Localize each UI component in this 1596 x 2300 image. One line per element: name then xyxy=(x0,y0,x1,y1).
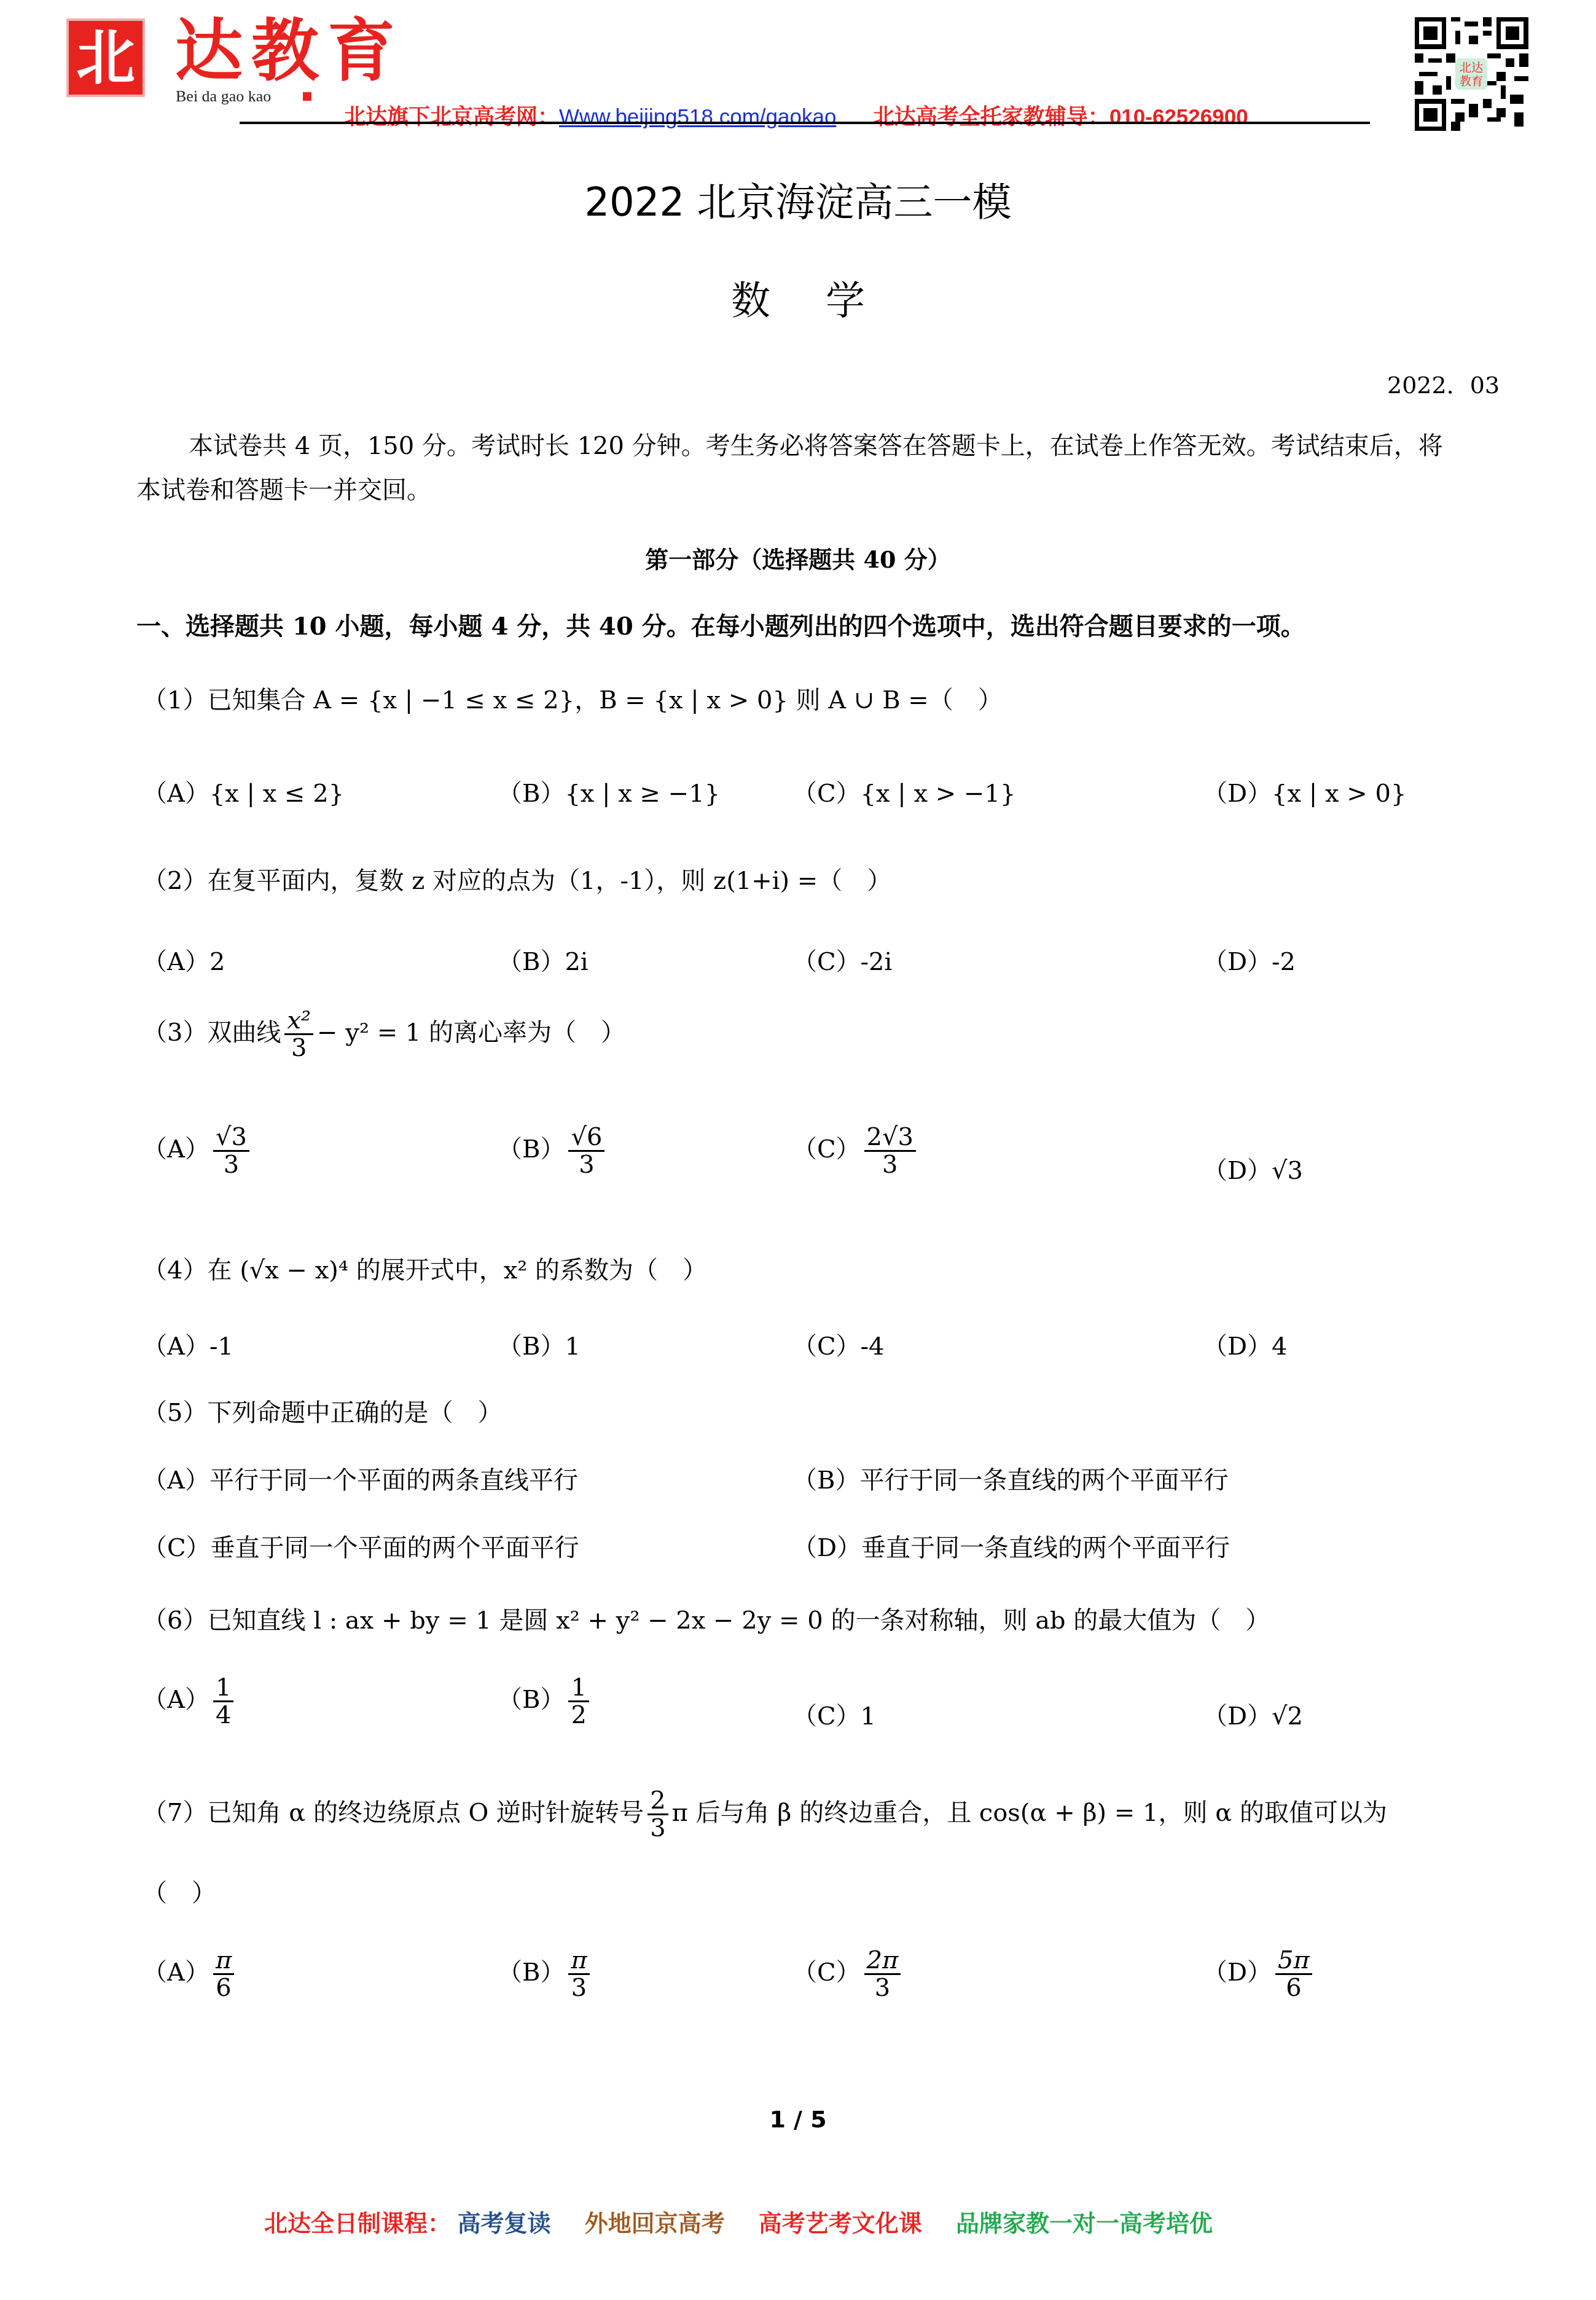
numerator: 2√3 xyxy=(864,1124,916,1152)
q4-option-c[interactable]: （C）-4 xyxy=(792,1327,885,1362)
fraction: π3 xyxy=(568,1947,589,2001)
question-number: （3） xyxy=(143,1019,207,1047)
option-value: 1 xyxy=(861,1702,876,1731)
fraction: x²3 xyxy=(284,1007,313,1061)
option-label: （D） xyxy=(1203,1157,1272,1185)
question-stem: 已知集合 A = {x | −1 ≤ x ≤ 2}，B = {x | x > 0… xyxy=(207,686,1002,714)
option-label: （B） xyxy=(498,1686,565,1714)
question-stem: − y² = 1 的离心率为（ ） xyxy=(317,1019,625,1047)
q5-option-d[interactable]: （D）垂直于同一条直线的两个平面平行 xyxy=(792,1528,1230,1563)
q7-option-d[interactable]: （D）5π6 xyxy=(1203,1947,1316,2001)
denominator: 3 xyxy=(872,1975,893,2001)
denominator: 6 xyxy=(213,1975,233,2001)
question-3: （3）双曲线x²3− y² = 1 的离心率为（ ） xyxy=(143,1007,625,1061)
question-1: （1）已知集合 A = {x | −1 ≤ x ≤ 2}，B = {x | x … xyxy=(143,681,1003,716)
logo-subtitle: Bei da gao kao xyxy=(176,87,271,106)
header-promo-line: 北达旗下北京高考网：Www.beijing518.com/gaokao 北达高考… xyxy=(344,100,1248,131)
q2-option-b[interactable]: （B）2i xyxy=(498,942,589,977)
q3-option-b[interactable]: （B）√63 xyxy=(498,1124,608,1178)
q3-option-c[interactable]: （C）2√33 xyxy=(792,1124,920,1178)
question-number: （2） xyxy=(143,867,207,895)
question-number: （4） xyxy=(143,1256,207,1285)
q1-option-a[interactable]: （A）{x | x ≤ 2} xyxy=(143,774,344,809)
footer-item-return-beijing[interactable]: 外地回京高考 xyxy=(585,2211,725,2237)
q7-option-b[interactable]: （B）π3 xyxy=(498,1947,593,2001)
fraction: √63 xyxy=(568,1124,604,1178)
q4-option-d[interactable]: （D）4 xyxy=(1203,1327,1288,1362)
part-title: 第一部分（选择题共 40 分） xyxy=(0,541,1596,574)
q1-option-c[interactable]: （C）{x | x > −1} xyxy=(792,774,1015,809)
question-stem: 双曲线 xyxy=(207,1019,281,1047)
question-6: （6）已知直线 l : ax + by = 1 是圆 x² + y² − 2x … xyxy=(143,1601,1270,1636)
q2-option-c[interactable]: （C）-2i xyxy=(792,942,892,977)
page-number: 1 / 5 xyxy=(0,2106,1596,2133)
logo-seal-char: 北 xyxy=(76,28,135,87)
q3-option-a[interactable]: （A）√33 xyxy=(143,1124,253,1178)
q3-option-d[interactable]: （D）√3 xyxy=(1203,1151,1303,1186)
option-label: （A） xyxy=(143,1686,209,1714)
footer-promo: 北达全日制课程： 高考复读 外地回京高考 高考艺考文化课 品牌家教一对一高考培优 xyxy=(264,2204,1213,2238)
qr-code-icon: 北达 教育 xyxy=(1413,17,1530,131)
question-stem: π 后与角 β 的终边重合，且 cos(α + β) = 1，则 α 的取值可以… xyxy=(672,1799,1387,1827)
page-title: 2022 北京海淀高三一模 xyxy=(0,171,1596,227)
fraction: 14 xyxy=(213,1675,233,1728)
numerator: √6 xyxy=(568,1124,604,1152)
footer-item-retake[interactable]: 高考复读 xyxy=(458,2211,551,2237)
numerator: π xyxy=(568,1947,589,1975)
site-link[interactable]: Www.beijing518.com/gaokao xyxy=(559,105,836,129)
exam-date: 2022．03 xyxy=(1387,366,1500,400)
numerator: π xyxy=(213,1947,234,1975)
fraction: 12 xyxy=(568,1675,589,1728)
fraction: π6 xyxy=(213,1947,234,2001)
fraction: 23 xyxy=(647,1788,668,1841)
numerator: 1 xyxy=(213,1675,233,1702)
site-label: 北达旗下北京高考网： xyxy=(344,105,559,129)
footer-label: 北达全日制课程： xyxy=(264,2211,451,2237)
logo-square-icon xyxy=(303,92,311,101)
question-number: （5） xyxy=(143,1399,207,1427)
numerator: 5π xyxy=(1275,1947,1312,1975)
option-label: （C） xyxy=(792,1958,861,1987)
q6-option-d[interactable]: （D）√2 xyxy=(1203,1697,1303,1732)
option-label: （A） xyxy=(143,1958,209,1987)
fraction: 2√33 xyxy=(864,1124,916,1178)
numerator: √3 xyxy=(213,1124,249,1152)
question-7-continuation: （ ） xyxy=(143,1874,216,1909)
q6-option-a[interactable]: （A）14 xyxy=(143,1675,237,1728)
option-label: （C） xyxy=(792,1702,861,1731)
denominator: 3 xyxy=(221,1152,241,1178)
exam-instructions: 本试卷共 4 页，150 分。考试时长 120 分钟。考生务必将答案答在答题卡上… xyxy=(136,424,1463,512)
question-number: （7） xyxy=(143,1799,207,1827)
q7-option-a[interactable]: （A）π6 xyxy=(143,1947,238,2001)
q2-option-d[interactable]: （D）-2 xyxy=(1203,942,1296,977)
q6-option-b[interactable]: （B）12 xyxy=(498,1675,593,1728)
subject-title: 数学 xyxy=(0,269,1596,326)
q5-option-a[interactable]: （A）平行于同一个平面的两条直线平行 xyxy=(143,1461,578,1496)
question-stem: 已知角 α 的终边绕原点 O 逆时针旋转号 xyxy=(207,1799,644,1827)
denominator: 6 xyxy=(1283,1975,1304,2001)
numerator: 1 xyxy=(568,1675,589,1702)
numerator: 2 xyxy=(647,1788,668,1815)
q6-option-c[interactable]: （C）1 xyxy=(792,1697,876,1732)
denominator: 4 xyxy=(213,1702,233,1728)
footer-item-tutoring[interactable]: 品牌家教一对一高考培优 xyxy=(956,2211,1213,2237)
q7-option-c[interactable]: （C）2π3 xyxy=(792,1947,904,2001)
denominator: 3 xyxy=(569,1975,589,2001)
svg-text:教育: 教育 xyxy=(1460,74,1483,88)
logo-seal: 北 xyxy=(66,18,145,97)
denominator: 3 xyxy=(289,1035,309,1061)
logo-text: 达教育 xyxy=(175,17,404,85)
svg-text:北达: 北达 xyxy=(1460,61,1484,75)
question-stem: 在 (√x − x)⁴ 的展开式中，x² 的系数为（ ） xyxy=(207,1256,707,1285)
denominator: 3 xyxy=(880,1152,900,1178)
question-number: （1） xyxy=(143,686,207,714)
q5-option-b[interactable]: （B）平行于同一条直线的两个平面平行 xyxy=(792,1461,1228,1496)
footer-item-art-exam[interactable]: 高考艺考文化课 xyxy=(759,2211,922,2237)
q1-option-b[interactable]: （B）{x | x ≥ −1} xyxy=(498,774,720,809)
numerator: x² xyxy=(284,1007,313,1035)
option-value: √2 xyxy=(1272,1702,1303,1731)
option-label: （C） xyxy=(792,1135,861,1164)
header-divider xyxy=(240,122,1370,124)
denominator: 3 xyxy=(576,1152,597,1178)
fraction: 5π6 xyxy=(1275,1947,1312,2001)
q4-option-b[interactable]: （B）1 xyxy=(498,1327,581,1362)
section-description: 一、选择题共 10 小题，每小题 4 分，共 40 分。在每小题列出的四个选项中… xyxy=(136,607,1305,642)
question-stem: 下列命题中正确的是（ ） xyxy=(207,1399,502,1427)
question-stem: 在复平面内，复数 z 对应的点为（1，-1），则 z(1+i) =（ ） xyxy=(207,867,891,895)
tutor-phone: 010-62526900 xyxy=(1109,105,1248,129)
option-label: （A） xyxy=(143,1135,209,1164)
fraction: √33 xyxy=(213,1124,249,1178)
q2-option-a[interactable]: （A）2 xyxy=(143,942,225,977)
q5-option-c[interactable]: （C）垂直于同一个平面的两个平面平行 xyxy=(143,1528,579,1563)
option-label: （B） xyxy=(498,1135,565,1164)
question-stem: 已知直线 l : ax + by = 1 是圆 x² + y² − 2x − 2… xyxy=(207,1606,1270,1635)
option-label: （B） xyxy=(498,1958,565,1987)
question-7: （7）已知角 α 的终边绕原点 O 逆时针旋转号23π 后与角 β 的终边重合，… xyxy=(143,1788,1387,1841)
question-number: （6） xyxy=(143,1606,207,1635)
question-4: （4）在 (√x − x)⁴ 的展开式中，x² 的系数为（ ） xyxy=(143,1251,707,1286)
option-label: （D） xyxy=(1203,1702,1272,1731)
denominator: 2 xyxy=(568,1702,589,1728)
denominator: 3 xyxy=(647,1815,668,1841)
q4-option-a[interactable]: （A）-1 xyxy=(143,1327,233,1362)
q1-option-d[interactable]: （D）{x | x > 0} xyxy=(1203,774,1406,809)
question-5: （5）下列命题中正确的是（ ） xyxy=(143,1393,502,1428)
option-label: （D） xyxy=(1203,1958,1272,1987)
option-value: √3 xyxy=(1272,1157,1303,1185)
question-2: （2）在复平面内，复数 z 对应的点为（1，-1），则 z(1+i) =（ ） xyxy=(143,861,891,896)
tutor-label: 北达高考全托家教辅导： xyxy=(873,105,1109,129)
fraction: 2π3 xyxy=(864,1947,901,2001)
numerator: 2π xyxy=(864,1947,901,1975)
